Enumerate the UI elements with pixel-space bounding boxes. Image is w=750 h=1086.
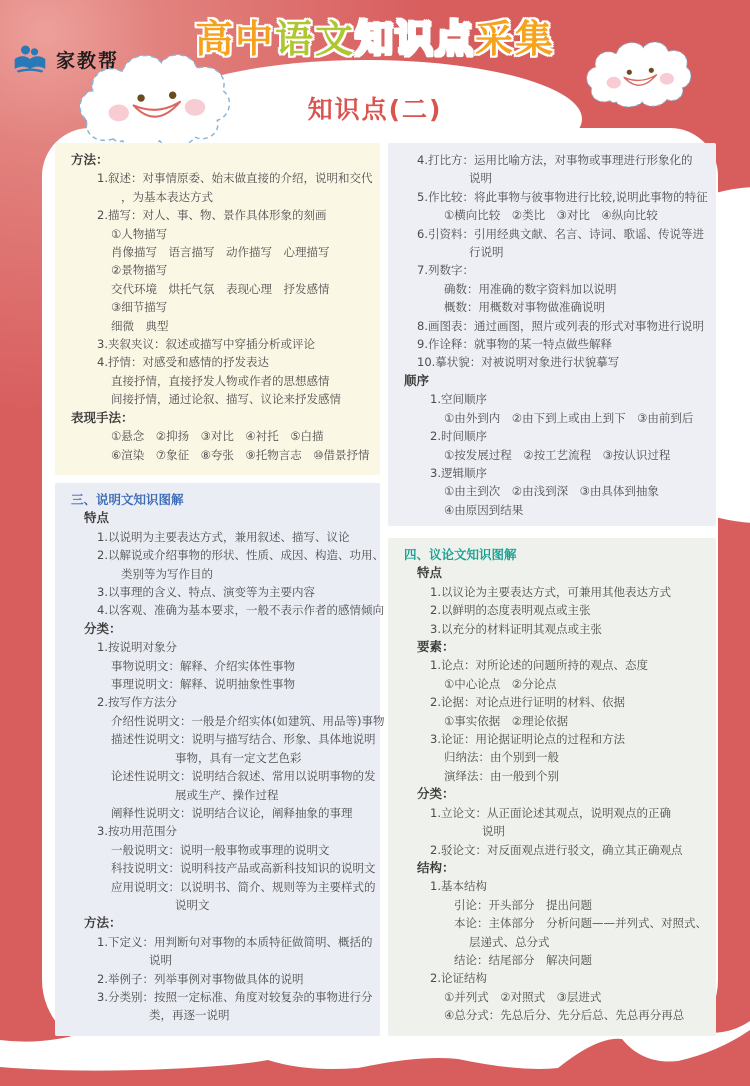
panel-expository-knowledge: 三、说明文知识图解特点1.以说明为主要表达方式，兼用叙述、描写、议论2.以解说或… <box>55 483 380 1036</box>
text-line: 归纳法：由个别到一般 <box>388 748 716 766</box>
text-line: 2.举例子：列举事例对事物做具体的说明 <box>55 970 380 988</box>
text-line: 直接抒情，直接抒发人物或作者的思想感情 <box>55 372 380 390</box>
text-line: ①由主到次 ②由浅到深 ③由具体到抽象 <box>388 482 716 500</box>
text-line: 1.以说明为主要表达方式，兼用叙述、描写、议论 <box>55 528 380 546</box>
text-line: 说明 <box>388 822 716 840</box>
text-line: ⑥渲染 ⑦象征 ⑧夸张 ⑨托物言志 ⑩借景抒情 <box>55 446 380 464</box>
text-line: 演绎法：由一般到个别 <box>388 767 716 785</box>
text-line: 2.论据：对论点进行证明的材料、依据 <box>388 693 716 711</box>
text-line: 5.作比较：将此事物与彼事物进行比较,说明此事物的特征 <box>388 188 716 206</box>
text-line: ，为基本表达方式 <box>55 188 380 206</box>
panel-expository-methods-order: 4.打比方：运用比喻方法，对事物或事理进行形象化的说明5.作比较：将此事物与彼事… <box>388 143 716 526</box>
title-segment: 高中 <box>195 17 275 61</box>
text-line: 4.打比方：运用比喻方法，对事物或事理进行形象化的 <box>388 151 716 169</box>
text-line: 3.以充分的材料证明其观点或主张 <box>388 620 716 638</box>
text-line: 4.抒情：对感受和感情的抒发表达 <box>55 353 380 371</box>
text-line: 4.以客观、准确为基本要求，一般不表示作者的感情倾向 <box>55 601 380 619</box>
panel-narrative-methods: 方法：1.叙述：对事情原委、始末做直接的介绍，说明和交代，为基本表达方式2.描写… <box>55 143 380 475</box>
text-line: ①横向比较 ②类比 ③对比 ④纵向比较 <box>388 206 716 224</box>
text-line: 应用说明文：以说明书、简介、规则等为主要样式的 <box>55 878 380 896</box>
text-line: 阐释性说明文：说明结合议论，阐释抽象的事理 <box>55 804 380 822</box>
text-line: 1.以议论为主要表达方式，可兼用其他表达方式 <box>388 583 716 601</box>
text-line: 2.时间顺序 <box>388 427 716 445</box>
reader-book-logo-icon <box>12 42 48 76</box>
text-line: 3.分类别：按照一定标准、角度对较复杂的事物进行分 <box>55 988 380 1006</box>
text-line: 2.以解说或介绍事物的形状、性质、成因、构造、功用、 <box>55 546 380 564</box>
eye-icon <box>169 92 176 99</box>
page-title: 高中语文知识点采集 <box>195 8 555 63</box>
text-line: 确数：用准确的数字资料加以说明 <box>388 280 716 298</box>
cheek-icon <box>185 99 205 116</box>
text-line: 要素： <box>388 638 716 656</box>
text-line: 6.引资料：引用经典文献、名言、诗词、歌谣、传说等进 <box>388 225 716 243</box>
text-line: 引论：开头部分 提出问题 <box>388 896 716 914</box>
text-line: 一般说明文：说明一般事物或事理的说明文 <box>55 841 380 859</box>
text-line: 方法： <box>55 914 380 932</box>
text-line: 事理说明文：解释、说明抽象性事物 <box>55 675 380 693</box>
text-line: 结论：结尾部分 解决问题 <box>388 951 716 969</box>
text-line: 论述性说明文：说明结合叙述、常用以说明事物的发 <box>55 767 380 785</box>
text-line: 本论：主体部分 分析问题——并列式、对照式、 <box>388 914 716 932</box>
cheek-icon <box>660 73 674 85</box>
text-line: 类别等为写作目的 <box>55 565 380 583</box>
text-line: ④由原因到结果 <box>388 501 716 519</box>
text-line: 7.列数字： <box>388 261 716 279</box>
text-line: 1.空间顺序 <box>388 390 716 408</box>
text-line: 特点 <box>388 564 716 582</box>
text-line: 行说明 <box>388 243 716 261</box>
text-line: 方法： <box>55 151 380 169</box>
text-line: 类，再逐一说明 <box>55 1006 380 1024</box>
text-line: 肖像描写 语言描写 动作描写 心理描写 <box>55 243 380 261</box>
poster-page: 家教帮 高中语文知识点采集 知识点(二) 方法：1.叙述：对事情原委、始末做直接… <box>0 0 750 1086</box>
brand-logo: 家教帮 <box>12 42 119 76</box>
page-subtitle: 知识点(二) <box>308 90 443 126</box>
eye-icon <box>649 68 654 73</box>
text-line: 1.按说明对象分 <box>55 638 380 656</box>
text-line: 2.以鲜明的态度表明观点或主张 <box>388 601 716 619</box>
text-line: 1.基本结构 <box>388 877 716 895</box>
text-line: ①按发展过程 ②按工艺流程 ③按认识过程 <box>388 446 716 464</box>
title-segment: 采集 <box>475 17 555 61</box>
text-line: 层递式、总分式 <box>388 933 716 951</box>
text-line: 表现手法： <box>55 409 380 427</box>
panel-argumentative-knowledge: 四、议论文知识图解特点1.以议论为主要表达方式，可兼用其他表达方式2.以鲜明的态… <box>388 538 716 1036</box>
text-line: ①由外到内 ②由下到上或由上到下 ③由前到后 <box>388 409 716 427</box>
text-line: 1.下定义：用判断句对事物的本质特征做简明、概括的 <box>55 933 380 951</box>
text-line: 结构： <box>388 859 716 877</box>
text-line: ①事实依据 ②理论依据 <box>388 712 716 730</box>
eye-icon <box>137 94 144 101</box>
text-line: ①悬念 ②抑扬 ③对比 ④衬托 ⑤白描 <box>55 427 380 445</box>
text-line: ①人物描写 <box>55 225 380 243</box>
text-line: 9.作诠释：就事物的某一特点做些解释 <box>388 335 716 353</box>
text-line: 2.描写：对人、事、物、景作具体形象的刻画 <box>55 206 380 224</box>
text-line: 2.按写作方法分 <box>55 693 380 711</box>
text-line: 2.论证结构 <box>388 969 716 987</box>
text-line: 1.立论文：从正面论述其观点，说明观点的正确 <box>388 804 716 822</box>
cheek-icon <box>109 105 129 122</box>
text-line: 分类： <box>388 785 716 803</box>
text-line: 顺序 <box>388 372 716 390</box>
text-line: ①中心论点 ②分论点 <box>388 675 716 693</box>
title-segment: 语文 <box>275 17 355 61</box>
cheek-icon <box>607 77 621 89</box>
text-line: 说明 <box>388 169 716 187</box>
panel-title: 三、说明文知识图解 <box>55 491 380 509</box>
text-line: 概数：用概数对事物做准确说明 <box>388 298 716 316</box>
text-line: ④总分式：先总后分、先分后总、先总再分再总 <box>388 1006 716 1024</box>
text-line: 1.论点：对所论述的问题所持的观点、态度 <box>388 656 716 674</box>
text-line: 10.摹状貌：对被说明对象进行状貌摹写 <box>388 353 716 371</box>
text-line: 特点 <box>55 509 380 527</box>
text-line: ②景物描写 <box>55 261 380 279</box>
text-line: 2.驳论文：对反面观点进行驳文，确立其正确观点 <box>388 841 716 859</box>
text-line: 分类： <box>55 620 380 638</box>
text-line: 科技说明文：说明科技产品或高新科技知识的说明文 <box>55 859 380 877</box>
text-line: 3.论证：用论据证明论点的过程和方法 <box>388 730 716 748</box>
text-line: 事物说明文：解释、介绍实体性事物 <box>55 657 380 675</box>
title-segment: 知识点 <box>355 17 475 61</box>
text-line: 3.夹叙夹议：叙述或描写中穿插分析或评论 <box>55 335 380 353</box>
text-line: 说明 <box>55 951 380 969</box>
text-line: 介绍性说明文：一般是介绍实体(如建筑、用品等)事物 <box>55 712 380 730</box>
panel-title: 四、议论文知识图解 <box>388 546 716 564</box>
text-line: 细微 典型 <box>55 317 380 335</box>
smiling-cloud-icon <box>584 36 694 114</box>
text-line: ①并列式 ②对照式 ③层进式 <box>388 988 716 1006</box>
brand-name: 家教帮 <box>56 46 119 73</box>
text-line: 展或生产、操作过程 <box>55 786 380 804</box>
text-line: 8.画图表：通过画图，照片或列表的形式对事物进行说明 <box>388 317 716 335</box>
text-line: 间接抒情，通过论叙、描写、议论来抒发感情 <box>55 390 380 408</box>
text-line: 3.逻辑顺序 <box>388 464 716 482</box>
text-line: 描述性说明文：说明与描写结合、形象、具体地说明 <box>55 730 380 748</box>
eye-icon <box>627 70 632 75</box>
text-line: 事物，具有一定文艺色彩 <box>55 749 380 767</box>
text-line: 3.按功用范围分 <box>55 822 380 840</box>
text-line: 交代环境 烘托气氛 表现心理 抒发感情 <box>55 280 380 298</box>
text-line: 3.以事理的含义、特点、演变等为主要内容 <box>55 583 380 601</box>
text-line: 说明文 <box>55 896 380 914</box>
text-line: 1.叙述：对事情原委、始末做直接的介绍，说明和交代 <box>55 169 380 187</box>
text-line: ③细节描写 <box>55 298 380 316</box>
